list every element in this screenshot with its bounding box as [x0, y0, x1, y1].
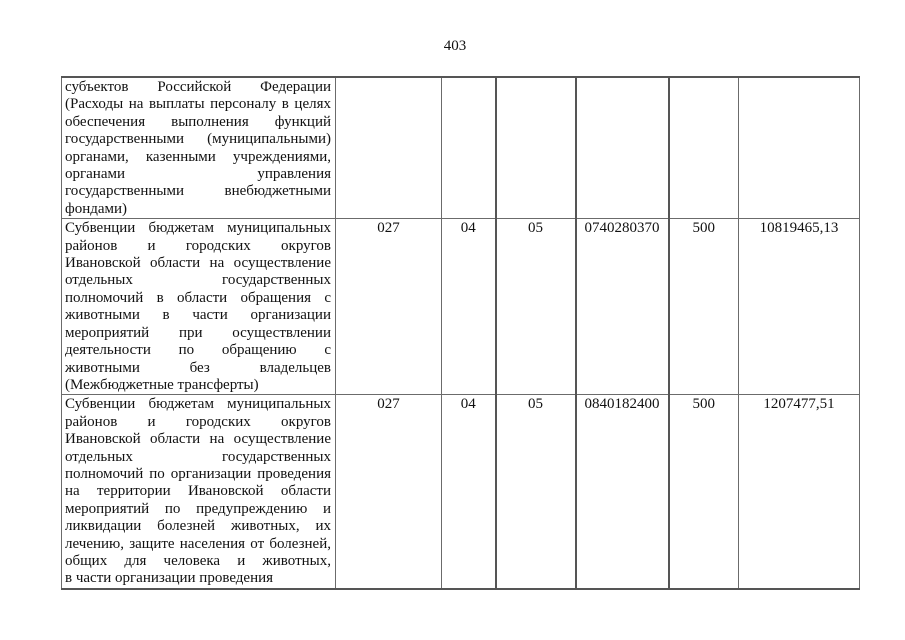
table-row: Субвенции бюджетам муниципальныхрайонов …: [62, 395, 860, 589]
target-article-cell: [576, 77, 669, 219]
subsection-code-cell: [496, 77, 576, 219]
description-line: Субвенции бюджетам муниципальных: [65, 220, 331, 237]
amount-cell: 10819465,13: [739, 219, 860, 395]
description-line: фондами): [65, 201, 331, 218]
description-line: (Межбюджетные трансферты): [65, 377, 331, 394]
budget-table: субъектов Российской Федерации(Расходы н…: [61, 76, 860, 590]
description-line: ликвидации болезней животных, их: [65, 518, 331, 535]
section-code-cell: 04: [442, 219, 496, 395]
subsection-code-cell: 05: [496, 395, 576, 589]
description-line: деятельности по обращению с: [65, 342, 331, 359]
description-line: государственными внебюджетными: [65, 183, 331, 200]
expense-type-cell: [669, 77, 739, 219]
section-code-cell: [442, 77, 496, 219]
expense-type-cell: 500: [669, 395, 739, 589]
ministry-code-cell: 027: [336, 219, 442, 395]
ministry-code-cell: 027: [336, 395, 442, 589]
description-line: мероприятий при осуществлении: [65, 325, 331, 342]
amount-cell: 1207477,51: [739, 395, 860, 589]
description-line: на территории Ивановской области: [65, 483, 331, 500]
description-line: субъектов Российской Федерации: [65, 79, 331, 96]
description-cell: Субвенции бюджетам муниципальныхрайонов …: [62, 219, 336, 395]
amount-cell: [739, 77, 860, 219]
description-line: Субвенции бюджетам муниципальных: [65, 396, 331, 413]
description-line: органами управления: [65, 166, 331, 183]
page-number: 403: [0, 37, 905, 55]
description-line: животными без владельцев: [65, 360, 331, 377]
target-article-cell: 0840182400: [576, 395, 669, 589]
description-line: полномочий по организации проведения: [65, 466, 331, 483]
description-line: отдельных государственных: [65, 272, 331, 289]
description-line: общих для человека и животных,: [65, 553, 331, 570]
description-line: обеспечения выполнения функций: [65, 114, 331, 131]
description-cell: Субвенции бюджетам муниципальныхрайонов …: [62, 395, 336, 589]
section-code-cell: 04: [442, 395, 496, 589]
description-line: лечению, защите населения от болезней,: [65, 536, 331, 553]
description-line: органами, казенными учреждениями,: [65, 149, 331, 166]
description-line: в части организации проведения: [65, 570, 331, 587]
subsection-code-cell: 05: [496, 219, 576, 395]
ministry-code-cell: [336, 77, 442, 219]
description-line: государственными (муниципальными): [65, 131, 331, 148]
description-line: отдельных государственных: [65, 449, 331, 466]
description-line: Ивановской области на осуществление: [65, 431, 331, 448]
expense-type-cell: 500: [669, 219, 739, 395]
description-line: животными в части организации: [65, 307, 331, 324]
target-article-cell: 0740280370: [576, 219, 669, 395]
table-row: Субвенции бюджетам муниципальныхрайонов …: [62, 219, 860, 395]
description-line: районов и городских округов: [65, 238, 331, 255]
description-line: районов и городских округов: [65, 414, 331, 431]
description-line: Ивановской области на осуществление: [65, 255, 331, 272]
description-cell: субъектов Российской Федерации(Расходы н…: [62, 77, 336, 219]
description-line: (Расходы на выплаты персоналу в целях: [65, 96, 331, 113]
table-row: субъектов Российской Федерации(Расходы н…: [62, 77, 860, 219]
description-line: мероприятий по предупреждению и: [65, 501, 331, 518]
description-line: полномочий в области обращения с: [65, 290, 331, 307]
